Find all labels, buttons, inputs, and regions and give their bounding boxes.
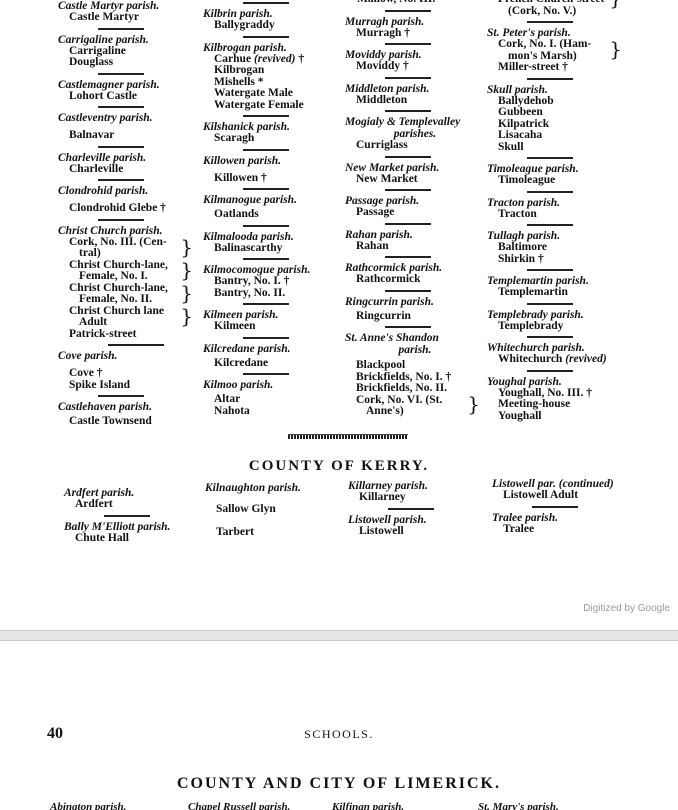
school-name: Bantry, No. II. — [203, 288, 338, 300]
parish-heading: Rahan parish. — [345, 229, 485, 241]
separator — [527, 157, 573, 159]
parish-heading: Bally M'Elliott parish. — [64, 521, 204, 533]
separator — [98, 106, 144, 108]
school-name: Lohort Castle — [58, 91, 198, 103]
parish-entry: Rathcormick parish. Rathcormick — [345, 262, 485, 286]
school-name: Curriglass — [345, 140, 485, 152]
parish-heading: Templebrady parish. — [487, 309, 627, 321]
parish-entry: New Market parish. New Market — [345, 162, 485, 186]
parish-heading: St. Anne's Shandon — [345, 332, 485, 344]
school-name: Scaragh — [203, 133, 338, 145]
separator — [527, 336, 573, 338]
parish-heading-cut: St. Mary's parish. — [478, 801, 559, 810]
school-name: Templemartin — [487, 287, 627, 299]
separator — [243, 188, 289, 190]
school-name: Balnavar — [58, 130, 198, 142]
parish-heading: Tracton parish. — [487, 197, 627, 209]
school-name: New Market — [345, 174, 485, 186]
school-name: Castle Townsend — [58, 416, 198, 428]
school-name: Murragh † — [345, 28, 485, 40]
digitized-watermark: Digitized by Google — [583, 603, 670, 614]
school-name-cut: Mallow, No. III. — [345, 0, 485, 6]
running-head: SCHOOLS. — [0, 727, 678, 742]
parish-entry: Ringcurrin parish. Ringcurrin — [345, 296, 485, 323]
school-name: (Cork, No. V.) — [487, 6, 622, 18]
brace-icon: } — [180, 283, 193, 303]
brace-icon: } — [180, 306, 193, 326]
separator — [527, 224, 573, 226]
school-name: Ballygraddy — [203, 20, 338, 32]
school-name: Chute Hall — [64, 533, 204, 545]
parish-heading: Clondrohid parish. — [58, 185, 198, 197]
separator — [385, 77, 431, 79]
column-4: } French Church-street (Cork, No. V.) St… — [487, 0, 627, 422]
school-name: Ardfert — [64, 499, 204, 511]
separator — [527, 191, 573, 193]
school-name: Tracton — [487, 209, 627, 221]
school-name: Sallow Glyn — [205, 504, 340, 516]
school-name: Ringcurrin — [345, 311, 485, 323]
school-name: Gubbeen — [487, 107, 627, 119]
school-name: Blackpool — [345, 360, 480, 372]
separator — [385, 189, 431, 191]
parish-entry: Kilbrin parish. Ballygraddy — [203, 8, 338, 32]
school-name: Youghall — [487, 411, 627, 423]
separator — [243, 337, 289, 339]
parish-heading: Carrigaline parish. — [58, 34, 198, 46]
wavy-divider — [288, 434, 408, 439]
brace-icon: } — [609, 0, 622, 8]
school-name: Female, No. II. — [58, 294, 193, 306]
parish-heading: Mogialy & Templevalley — [345, 116, 485, 128]
school-name: Rahan — [345, 241, 485, 253]
parish-entry: Clondrohid parish. Clondrohid Glebe † — [58, 185, 198, 215]
school-name: Spike Island — [58, 380, 198, 392]
kerry-column-4: Listowell par. (continued) Listowell Adu… — [492, 478, 642, 535]
school-name: Listowell Adult — [492, 490, 642, 502]
parish-entry: Charleville parish. Charleville — [58, 152, 198, 176]
separator — [532, 506, 578, 508]
parish-entry: Killowen parish. Killowen † — [203, 155, 338, 185]
school-name: Meeting-house — [487, 399, 627, 411]
school-name: Adult — [58, 317, 193, 329]
school-name: tral) — [58, 248, 193, 260]
separator — [98, 395, 144, 397]
separator — [104, 515, 150, 517]
parish-heading: Cove parish. — [58, 350, 198, 362]
parish-heading: Middleton parish. — [345, 83, 485, 95]
school-name: Timoleague — [487, 175, 627, 187]
kerry-column-3: Killarney parish. Killarney Listowell pa… — [348, 480, 488, 537]
school-name: Brickfields, No. II. — [345, 383, 480, 395]
parish-entry: Kilmocomogue parish. Bantry, No. I. † Ba… — [203, 264, 338, 299]
school-name: Clondrohid Glebe † — [58, 203, 198, 215]
page-separator — [0, 630, 678, 641]
parish-heading-cut: Abington parish. — [50, 801, 126, 810]
school-name: Passage — [345, 207, 485, 219]
parish-entry: St. Peter's parish. } Cork, No. I. (Ham-… — [487, 27, 627, 74]
separator — [385, 256, 431, 258]
parish-heading: Skull parish. — [487, 84, 627, 96]
parish-heading: Castleventry parish. — [58, 112, 198, 124]
parish-entry: Skull parish. Ballydehob Gubbeen Kilpatr… — [487, 84, 627, 154]
separator — [108, 344, 164, 346]
separator — [243, 149, 289, 151]
column-2: Kilbrin parish. Ballygraddy Kilbrogan pa… — [203, 0, 338, 417]
separator — [527, 370, 573, 372]
parish-entry: Castlehaven parish. Castle Townsend — [58, 401, 198, 428]
school-name: Castle Martyr — [58, 12, 198, 24]
separator — [243, 258, 289, 260]
parish-entry: Tracton parish. Tracton — [487, 197, 627, 221]
separator — [527, 78, 573, 80]
school-name: Moviddy † — [345, 61, 485, 73]
separator — [385, 156, 431, 158]
separator — [527, 269, 573, 271]
parish-entry: Christ Church parish. } Cork, No. III. (… — [58, 225, 198, 341]
separator — [388, 508, 434, 510]
separator — [385, 10, 431, 12]
separator — [98, 28, 144, 30]
parish-heading: Charleville parish. — [58, 152, 198, 164]
parish-entry: Kilmalooda parish. Balinascarthy — [203, 231, 338, 255]
parish-entry: Rahan parish. Rahan — [345, 229, 485, 253]
separator — [527, 303, 573, 305]
parish-heading: parish. — [345, 344, 485, 356]
school-name: Killarney — [348, 492, 488, 504]
parish-heading: Listowell parish. — [348, 514, 488, 526]
parish-entry: Mogialy & Templevalley parishes. Currigl… — [345, 116, 485, 152]
school-name: Douglass — [58, 57, 198, 69]
parish-entry: St. Anne's Shandon parish. Blackpool Bri… — [345, 332, 485, 418]
school-name: Miller-street † — [487, 62, 622, 74]
separator — [243, 373, 289, 375]
school-name: Bantry, No. I. † — [203, 276, 338, 288]
parish-heading: Tralee parish. — [492, 512, 642, 524]
parish-entry: Timoleague parish. Timoleague — [487, 163, 627, 187]
parish-heading: Youghal parish. — [487, 376, 627, 388]
parish-heading: New Market parish. — [345, 162, 485, 174]
parish-heading-cut: Kilfinan parish. — [332, 801, 404, 810]
parish-entry: Templemartin parish. Templemartin — [487, 275, 627, 299]
parish-entry: Castlemagner parish. Lohort Castle — [58, 79, 198, 103]
parish-heading: Kilmoo parish. — [203, 379, 338, 391]
separator — [243, 225, 289, 227]
separator — [243, 115, 289, 117]
parish-entry: Kilbrogan parish. Carhue (revived) † Kil… — [203, 42, 338, 112]
separator — [385, 326, 431, 328]
parish-entry: Kilcredane parish. Kilcredane — [203, 343, 338, 370]
parish-entry: Kilmeen parish. Kilmeen — [203, 309, 338, 333]
parish-entry: Castleventry parish. Balnavar — [58, 112, 198, 142]
parish-entry: Castle Martyr parish. Castle Martyr — [58, 0, 198, 24]
school-name: Cork, No. I. (Ham- — [487, 39, 622, 51]
parish-heading: Kilnaughton parish. — [205, 482, 340, 494]
parish-heading: Castlemagner parish. — [58, 79, 198, 91]
parish-heading: Killowen parish. — [203, 155, 338, 167]
school-name: Middleton — [345, 95, 485, 107]
separator — [385, 110, 431, 112]
parish-entry: Cove parish. Cove † Spike Island — [58, 350, 198, 391]
school-name: Oatlands — [203, 209, 338, 221]
school-name: Patrick-street — [58, 329, 193, 341]
kerry-column-2: Kilnaughton parish. Sallow Glyn Tarbert — [205, 482, 340, 538]
school-name: Balinascarthy — [203, 243, 338, 255]
county-title-limerick: COUNTY AND CITY OF LIMERICK. — [0, 775, 678, 793]
parish-entry: Moviddy parish. Moviddy † — [345, 49, 485, 73]
separator — [98, 146, 144, 148]
school-name: Killowen † — [203, 173, 338, 185]
school-name: Shirkin † — [487, 254, 627, 266]
parish-entry: Passage parish. Passage — [345, 195, 485, 219]
parish-entry: Templebrady parish. Templebrady — [487, 309, 627, 333]
school-name: Kilmeen — [203, 321, 338, 333]
parish-entry: Middleton parish. Middleton — [345, 83, 485, 107]
school-name: Kilbrogan — [203, 65, 338, 77]
separator — [385, 290, 431, 292]
separator — [98, 179, 144, 181]
parish-heading: Castlehaven parish. — [58, 401, 198, 413]
parish-entry: Murragh parish. Murragh † — [345, 16, 485, 40]
kerry-column-1: Ardfert parish. Ardfert Bally M'Elliott … — [64, 487, 204, 544]
county-title-kerry: COUNTY OF KERRY. — [0, 458, 678, 475]
parish-entry: Whitechurch parish. Whitechurch (revived… — [487, 342, 627, 366]
parish-heading: Kilmalooda parish. — [203, 231, 338, 243]
school-name: Whitechurch (revived) — [487, 354, 627, 366]
parish-heading-cut: Chapel Russell parish. — [188, 801, 290, 810]
separator — [243, 303, 289, 305]
separator — [385, 43, 431, 45]
school-name: Female, No. I. — [58, 271, 193, 283]
school-name: Baltimore — [487, 242, 627, 254]
page-bottom: 40 SCHOOLS. COUNTY AND CITY OF LIMERICK.… — [0, 641, 678, 810]
parish-heading: Kilmanogue parish. — [203, 194, 338, 206]
school-name: Skull — [487, 142, 627, 154]
separator — [385, 223, 431, 225]
separator — [98, 219, 144, 221]
column-1: Castle Martyr parish. Castle Martyr Carr… — [58, 0, 198, 428]
school-name: Rathcormick — [345, 274, 485, 286]
page-top: Castle Martyr parish. Castle Martyr Carr… — [0, 0, 678, 630]
school-name: Lisacaha — [487, 130, 627, 142]
separator — [527, 21, 573, 23]
parish-heading: Murragh parish. — [345, 16, 485, 28]
school-name: Charleville — [58, 164, 198, 176]
parish-entry: Carrigaline parish. Carrigaline Douglass — [58, 34, 198, 69]
brace-icon: } — [609, 39, 622, 59]
school-name: Nahota — [203, 406, 338, 418]
school-name: Anne's) — [345, 406, 480, 418]
school-name: Cove † — [58, 368, 198, 380]
brace-icon: } — [180, 237, 193, 257]
parish-heading: Christ Church parish. — [58, 225, 198, 237]
school-name: Kilcredane — [203, 358, 338, 370]
school-name: Templebrady — [487, 321, 627, 333]
parish-entry: Kilmanogue parish. Oatlands — [203, 194, 338, 221]
school-name: Tarbert — [205, 527, 340, 539]
parish-heading: Ringcurrin parish. — [345, 296, 485, 308]
separator — [243, 36, 289, 38]
school-name: Watergate Male — [203, 88, 338, 100]
school-name: Altar — [203, 394, 338, 406]
separator — [98, 73, 144, 75]
column-3: Mallow, No. III. Murragh parish. Murragh… — [345, 0, 485, 418]
parish-entry: Youghal parish. Youghall, No. III. † Mee… — [487, 376, 627, 423]
parish-entry: Kilshanick parish. Scaragh — [203, 121, 338, 145]
parish-entry: Tullagh parish. Baltimore Shirkin † — [487, 230, 627, 265]
separator — [243, 2, 289, 4]
brace-icon: } — [180, 260, 193, 280]
brace-icon: } — [467, 394, 480, 414]
school-name: Watergate Female — [203, 100, 338, 112]
parish-entry: Kilmoo parish. Altar Nahota — [203, 379, 338, 417]
school-name: Listowell — [348, 526, 488, 538]
parish-heading: Kilcredane parish. — [203, 343, 338, 355]
school-name: Tralee — [492, 524, 642, 536]
